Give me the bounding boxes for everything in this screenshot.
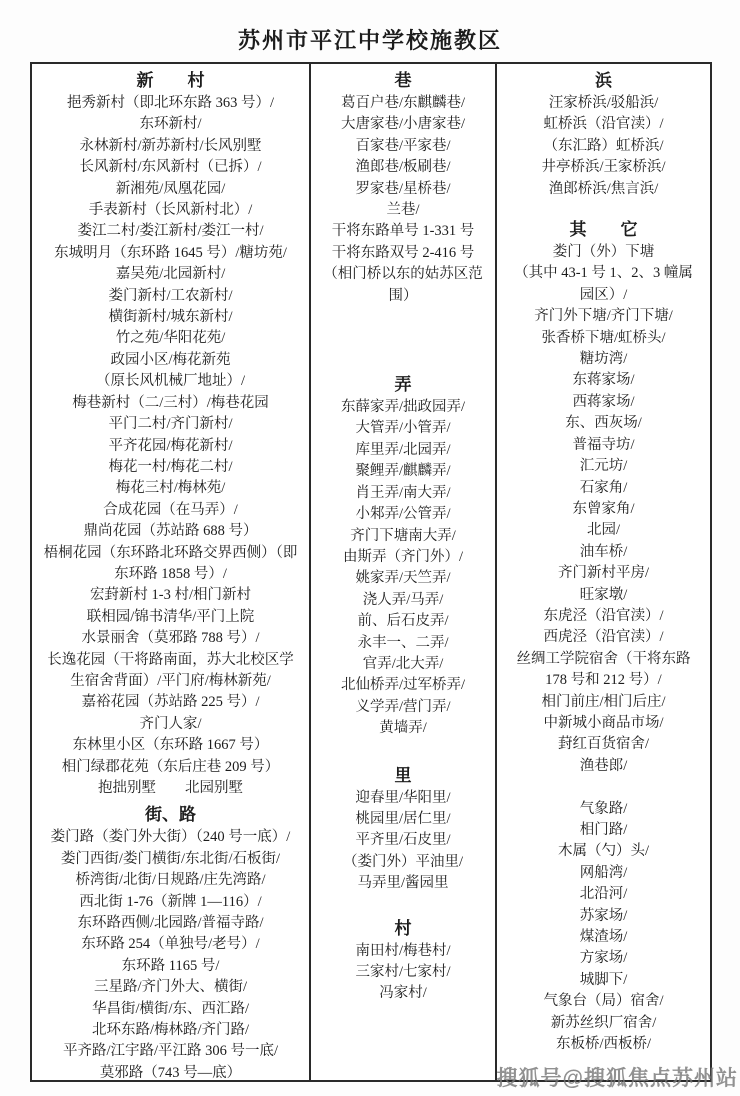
entry-line: 齐门下塘南大弄/	[311, 526, 495, 547]
entry-line: 相门绿郡花苑（东后庄巷 209 号）	[32, 757, 309, 778]
entry-line: 齐门外下塘/齐门下塘/	[497, 306, 710, 327]
entry-line: 娄门新村/工农新村/	[32, 286, 309, 307]
entry-line: 齐门新村平房/	[497, 563, 710, 584]
entry-line: 娄门西街/娄门横街/东北街/石板街/	[32, 849, 309, 870]
entry-line: 长风新村/东风新村（已拆）/	[32, 157, 309, 178]
entry-line: 干将东路双号 2-416 号	[311, 243, 495, 264]
section-alleys: 弄 东薛家弄/拙政园弄/大管弄/小管弄/库里弄/北园弄/聚鲤弄/麒麟弄/肖王弄/…	[311, 373, 495, 740]
section-li: 里 迎春里/华阳里/桃园里/居仁里/平齐里/石皮里/（娄门外）平油里/马弄里/酱…	[311, 764, 495, 895]
entry-line: 178 号和 212 号）/	[497, 670, 710, 691]
entry-line: 水景丽舍（莫邪路 788 号）/	[32, 628, 309, 649]
entry-line: 肖王弄/南大弄/	[311, 483, 495, 504]
entry-line: （东汇路）虹桥浜/	[497, 136, 710, 157]
entry-line: 干将东路单号 1-331 号	[311, 221, 495, 242]
entry-line: 东城明月（东环路 1645 号）/糖坊苑/	[32, 243, 309, 264]
section-header-streets-roads: 街、路	[32, 803, 309, 827]
section-header-bang: 浜	[497, 69, 710, 93]
entry-line: 挹秀新村（即北环东路 363 号）/	[32, 93, 309, 114]
section-lines-lanes: 葛百户巷/东麒麟巷/大唐家巷/小唐家巷/百家巷/平家巷/渔郎巷/板刷巷/罗家巷/…	[311, 93, 495, 307]
entry-line	[497, 777, 710, 798]
entry-line: 石家角/	[497, 478, 710, 499]
entry-line: 中新城小商品市场/	[497, 713, 710, 734]
entry-line: 气象台（局）宿舍/	[497, 991, 710, 1012]
page-title: 苏州市平江中学校施教区	[0, 24, 740, 55]
entry-line: 东虎泾（沿官渎）/	[497, 606, 710, 627]
entry-line: 迎春里/华阳里/	[311, 788, 495, 809]
entry-line: 渔郎桥浜/焦言浜/	[497, 179, 710, 200]
section-lines-li: 迎春里/华阳里/桃园里/居仁里/平齐里/石皮里/（娄门外）平油里/马弄里/酱园里	[311, 788, 495, 895]
section-villages: 村 南田村/梅巷村/三家村/七家村/冯家村/	[311, 917, 495, 1005]
entry-line: 北仙桥弄/过军桥弄/	[311, 675, 495, 696]
entry-line: 西北街 1-76（新牌 1—116）/	[32, 892, 309, 913]
entry-line: 横街新村/城东新村/	[32, 307, 309, 328]
entry-line: 方家场/	[497, 948, 710, 969]
entry-line: 北环东路/梅林路/齐门路/	[32, 1020, 309, 1041]
entry-line: 梅巷新村（二/三村）/梅巷花园	[32, 393, 309, 414]
entry-line: （娄门外）平油里/	[311, 852, 495, 873]
entry-line: 葛百户巷/东麒麟巷/	[311, 93, 495, 114]
column-right: 浜 汪家桥浜/驳船浜/虹桥浜（沿官渎）/（东汇路）虹桥浜/井亭桥浜/王家桥浜/渔…	[497, 64, 710, 1080]
entry-line: 娄门（外）下塘	[497, 242, 710, 263]
entry-line: 渔巷郎/	[497, 756, 710, 777]
entry-line: 梧桐花园（东环路北环路交界西侧）（即	[32, 543, 309, 564]
entry-line: 桃园里/居仁里/	[311, 809, 495, 830]
entry-line: 聚鲤弄/麒麟弄/	[311, 461, 495, 482]
entry-line: 园区）/	[497, 285, 710, 306]
district-table: 新 村 挹秀新村（即北环东路 363 号）/东环新村/永林新村/新苏新村/长风别…	[30, 62, 712, 1082]
entry-line: 冯家村/	[311, 983, 495, 1004]
section-lanes: 巷 葛百户巷/东麒麟巷/大唐家巷/小唐家巷/百家巷/平家巷/渔郎巷/板刷巷/罗家…	[311, 69, 495, 307]
entry-line: 东环路 1858 号）/	[32, 564, 309, 585]
entry-line: 渔郎巷/板刷巷/	[311, 157, 495, 178]
entry-line: （相门桥以东的姑苏区范	[311, 264, 495, 285]
entry-line: 油车桥/	[497, 542, 710, 563]
entry-line: 井亭桥浜/王家桥浜/	[497, 157, 710, 178]
section-header-villages: 村	[311, 917, 495, 941]
entry-line: 梅花三村/梅林苑/	[32, 478, 309, 499]
entry-line: 东、西灰场/	[497, 413, 710, 434]
entry-line: 苏家场/	[497, 906, 710, 927]
entry-line: 葑红百货宿舍/	[497, 734, 710, 755]
entry-line: 竹之苑/华阳花苑/	[32, 328, 309, 349]
entry-line: 相门路/	[497, 820, 710, 841]
entry-line: 新湘苑/凤凰花园/	[32, 179, 309, 200]
entry-line: 黄墙弄/	[311, 718, 495, 739]
entry-line: 永林新村/新苏新村/长风别墅	[32, 136, 309, 157]
entry-line: 汪家桥浜/驳船浜/	[497, 93, 710, 114]
entry-line: 嘉吴苑/北园新村/	[32, 264, 309, 285]
entry-line: 娄江二村/娄江新村/娄江一村/	[32, 221, 309, 242]
entry-line: 姚家弄/天竺弄/	[311, 568, 495, 589]
section-others: 其 它 娄门（外）下塘（其中 43-1 号 1、2、3 幢属园区）/齐门外下塘/…	[497, 218, 710, 1055]
entry-line: 由斯弄（齐门外）/	[311, 547, 495, 568]
entry-line: 平齐里/石皮里/	[311, 830, 495, 851]
entry-line: 汇元坊/	[497, 456, 710, 477]
entry-line: 莫邪路（743 号—底）	[32, 1063, 309, 1080]
entry-line: 东环路 1165 号/	[32, 956, 309, 977]
section-new-villages: 新 村 挹秀新村（即北环东路 363 号）/东环新村/永林新村/新苏新村/长风别…	[32, 69, 309, 799]
entry-line: 平齐花园/梅花新村/	[32, 436, 309, 457]
entry-line: 嘉裕花园（苏站路 225 号）/	[32, 692, 309, 713]
entry-line: 东环路西侧/北园路/普福寺路/	[32, 913, 309, 934]
entry-line: 东环新村/	[32, 114, 309, 135]
entry-line: 东环路 254（单独号/老号）/	[32, 934, 309, 955]
entry-line: 前、后石皮弄/	[311, 611, 495, 632]
entry-line: 普福寺坊/	[497, 435, 710, 456]
entry-line: 永丰一、二弄/	[311, 633, 495, 654]
entry-line: 小邾弄/公管弄/	[311, 504, 495, 525]
section-header-new-villages: 新 村	[32, 69, 309, 93]
entry-line: 百家巷/平家巷/	[311, 136, 495, 157]
entry-line: 罗家巷/星桥巷/	[311, 179, 495, 200]
entry-line: 马弄里/酱园里	[311, 873, 495, 894]
entry-line: 北园/	[497, 520, 710, 541]
section-streets-roads: 街、路 娄门路（娄门外大街）（240 号一底）/娄门西街/娄门横街/东北街/石板…	[32, 803, 309, 1080]
section-lines-alleys: 东薛家弄/拙政园弄/大管弄/小管弄/库里弄/北园弄/聚鲤弄/麒麟弄/肖王弄/南大…	[311, 397, 495, 740]
entry-line: 兰巷/	[311, 200, 495, 221]
entry-line: 齐门人家/	[32, 714, 309, 735]
entry-line: 联相园/锦书清华/平门上院	[32, 607, 309, 628]
column-middle: 巷 葛百户巷/东麒麟巷/大唐家巷/小唐家巷/百家巷/平家巷/渔郎巷/板刷巷/罗家…	[311, 64, 497, 1080]
entry-line: 大管弄/小管弄/	[311, 418, 495, 439]
entry-line: 义学弄/营门弄/	[311, 697, 495, 718]
entry-line: 北沿河/	[497, 884, 710, 905]
entry-line: 气象路/	[497, 799, 710, 820]
entry-line: 平齐路/江宇路/平江路 306 号一底/	[32, 1041, 309, 1062]
entry-line: 梅花一村/梅花二村/	[32, 457, 309, 478]
section-header-li: 里	[311, 764, 495, 788]
entry-line: （其中 43-1 号 1、2、3 幢属	[497, 263, 710, 284]
entry-line: 手表新村（长风新村北）/	[32, 200, 309, 221]
entry-line: 虹桥浜（沿官渎）/	[497, 114, 710, 135]
entry-line: 三星路/齐门外大、横街/	[32, 977, 309, 998]
entry-line: 娄门路（娄门外大街）（240 号一底）/	[32, 827, 309, 848]
entry-line: 鼎尚花园（苏站路 688 号）	[32, 521, 309, 542]
section-lines-others: 娄门（外）下塘（其中 43-1 号 1、2、3 幢属园区）/齐门外下塘/齐门下塘…	[497, 242, 710, 1055]
entry-line: 抱拙别墅 北园别墅	[32, 778, 309, 799]
entry-line: 大唐家巷/小唐家巷/	[311, 114, 495, 135]
entry-line: 围）	[311, 286, 495, 307]
entry-line: 库里弄/北园弄/	[311, 440, 495, 461]
entry-line: 生宿舍背面）/平门府/梅林新苑/	[32, 671, 309, 692]
entry-line: 张香桥下塘/虹桥头/	[497, 328, 710, 349]
entry-line: 官弄/北大弄/	[311, 654, 495, 675]
entry-line: 浇人弄/马弄/	[311, 590, 495, 611]
section-header-others: 其 它	[497, 218, 710, 242]
entry-line: 旺家墩/	[497, 585, 710, 606]
section-lines-villages: 南田村/梅巷村/三家村/七家村/冯家村/	[311, 941, 495, 1005]
watermark: 搜狐号@搜狐焦点苏州站	[497, 1062, 738, 1092]
column-left: 新 村 挹秀新村（即北环东路 363 号）/东环新村/永林新村/新苏新村/长风别…	[32, 64, 311, 1080]
entry-line: 合成花园（在马弄）/	[32, 500, 309, 521]
entry-line: 南田村/梅巷村/	[311, 941, 495, 962]
entry-line: 煤渣场/	[497, 927, 710, 948]
entry-line: 网船湾/	[497, 863, 710, 884]
entry-line: 东曾家角/	[497, 499, 710, 520]
entry-line: 丝绸工学院宿舍（干将东路	[497, 649, 710, 670]
section-header-alleys: 弄	[311, 373, 495, 397]
entry-line: 宏葑新村 1-3 村/相门新村	[32, 585, 309, 606]
entry-line: 新苏丝织厂宿舍/	[497, 1013, 710, 1034]
section-lines-new-villages: 挹秀新村（即北环东路 363 号）/东环新村/永林新村/新苏新村/长风别墅长风新…	[32, 93, 309, 799]
entry-line: 木属（勺）头/	[497, 841, 710, 862]
entry-line: 西蒋家场/	[497, 392, 710, 413]
entry-line: （原长风机械厂地址）/	[32, 371, 309, 392]
entry-line: 东薛家弄/拙政园弄/	[311, 397, 495, 418]
entry-line: 东蒋家场/	[497, 370, 710, 391]
entry-line: 西虎泾（沿官渎）/	[497, 627, 710, 648]
entry-line: 华昌街/横街/东、西汇路/	[32, 999, 309, 1020]
entry-line: 长逸花园（干将路南面，苏大北校区学	[32, 650, 309, 671]
entry-line: 相门前庄/相门后庄/	[497, 692, 710, 713]
entry-line: 东板桥/西板桥/	[497, 1034, 710, 1055]
entry-line: 平门二村/齐门新村/	[32, 414, 309, 435]
section-lines-bang: 汪家桥浜/驳船浜/虹桥浜（沿官渎）/（东汇路）虹桥浜/井亭桥浜/王家桥浜/渔郎桥…	[497, 93, 710, 200]
section-header-lanes: 巷	[311, 69, 495, 93]
entry-line: 东林里小区（东环路 1667 号）	[32, 735, 309, 756]
entry-line: 政园小区/梅花新苑	[32, 350, 309, 371]
entry-line: 桥湾街/北街/日规路/庄先湾路/	[32, 870, 309, 891]
entry-line: 糖坊湾/	[497, 349, 710, 370]
entry-line: 城脚下/	[497, 970, 710, 991]
section-bang: 浜 汪家桥浜/驳船浜/虹桥浜（沿官渎）/（东汇路）虹桥浜/井亭桥浜/王家桥浜/渔…	[497, 69, 710, 200]
section-lines-streets-roads: 娄门路（娄门外大街）（240 号一底）/娄门西街/娄门横街/东北街/石板街/桥湾…	[32, 827, 309, 1080]
entry-line: 三家村/七家村/	[311, 962, 495, 983]
